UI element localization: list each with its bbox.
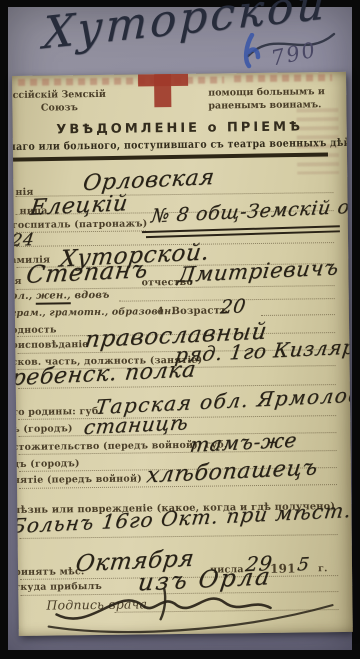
field-name-label: я: [14, 276, 21, 287]
field-literacy-label: грам., грамотн., образован.: [12, 306, 175, 319]
field-ward-value: 24: [12, 230, 36, 251]
field-uyezd-value: Елецкій: [29, 191, 130, 221]
org-name-right: помощи больнымъ и раненымъ воинамъ.: [208, 85, 340, 113]
marital-post: вдовъ: [74, 290, 109, 301]
field-residence-city-label: дъ (городъ): [13, 458, 80, 470]
rule: [261, 314, 335, 316]
blue-pencil-mark: [241, 33, 263, 69]
subtitle-underline: [13, 152, 328, 161]
bleed-through-text: [18, 76, 224, 86]
org-name-line1: ссійскій Земскій: [12, 88, 114, 102]
scanned-document: Хуторской 790 ссійскій Земскій Союзъ пом…: [0, 0, 360, 659]
field-residence-value: тамъ-же: [189, 428, 299, 457]
field-admitted-year-printed: 191: [270, 562, 296, 576]
doctor-signature: [46, 575, 339, 636]
field-marital-options: ол., жен., вдовъ: [12, 290, 110, 302]
field-birthplace-city-value: станицѣ: [82, 410, 190, 439]
red-cross-icon: [154, 72, 171, 107]
field-age-label: 4. Возрастъ: [157, 305, 228, 317]
field-occupation-label: нятіе (передъ войной): [13, 473, 142, 486]
marital-pre: ол.,: [12, 291, 33, 302]
field-illness-value: Больнъ 16го Окт. при мѣст. Изерж.: [12, 494, 353, 539]
admission-card: ссійскій Земскій Союзъ помощи больнымъ и…: [12, 72, 353, 636]
field-nationality-label: одность: [12, 324, 57, 336]
field-admitted-year-suffix: г.: [318, 563, 328, 574]
field-occupation-value: хлѣбопашецъ: [145, 455, 319, 488]
org-name-left: ссійскій Земскій Союзъ: [12, 88, 114, 115]
field-hospital-value: № 8 общ-Земскій орг.: [150, 195, 353, 228]
field-religion-label: оисповѣданіе: [12, 339, 89, 351]
marital-selected: жен.,: [36, 290, 71, 304]
field-name-value: Степанъ: [25, 255, 150, 289]
bleed-through-text: [234, 74, 332, 82]
field-age-value: 20: [219, 295, 247, 318]
field-birthplace-city-label: ъ (городъ): [12, 423, 72, 435]
field-admitted-year-hand: 5: [296, 554, 311, 576]
org-name-line2: Союзъ: [12, 101, 114, 115]
org-purpose-line2: раненымъ воинамъ.: [208, 98, 340, 113]
